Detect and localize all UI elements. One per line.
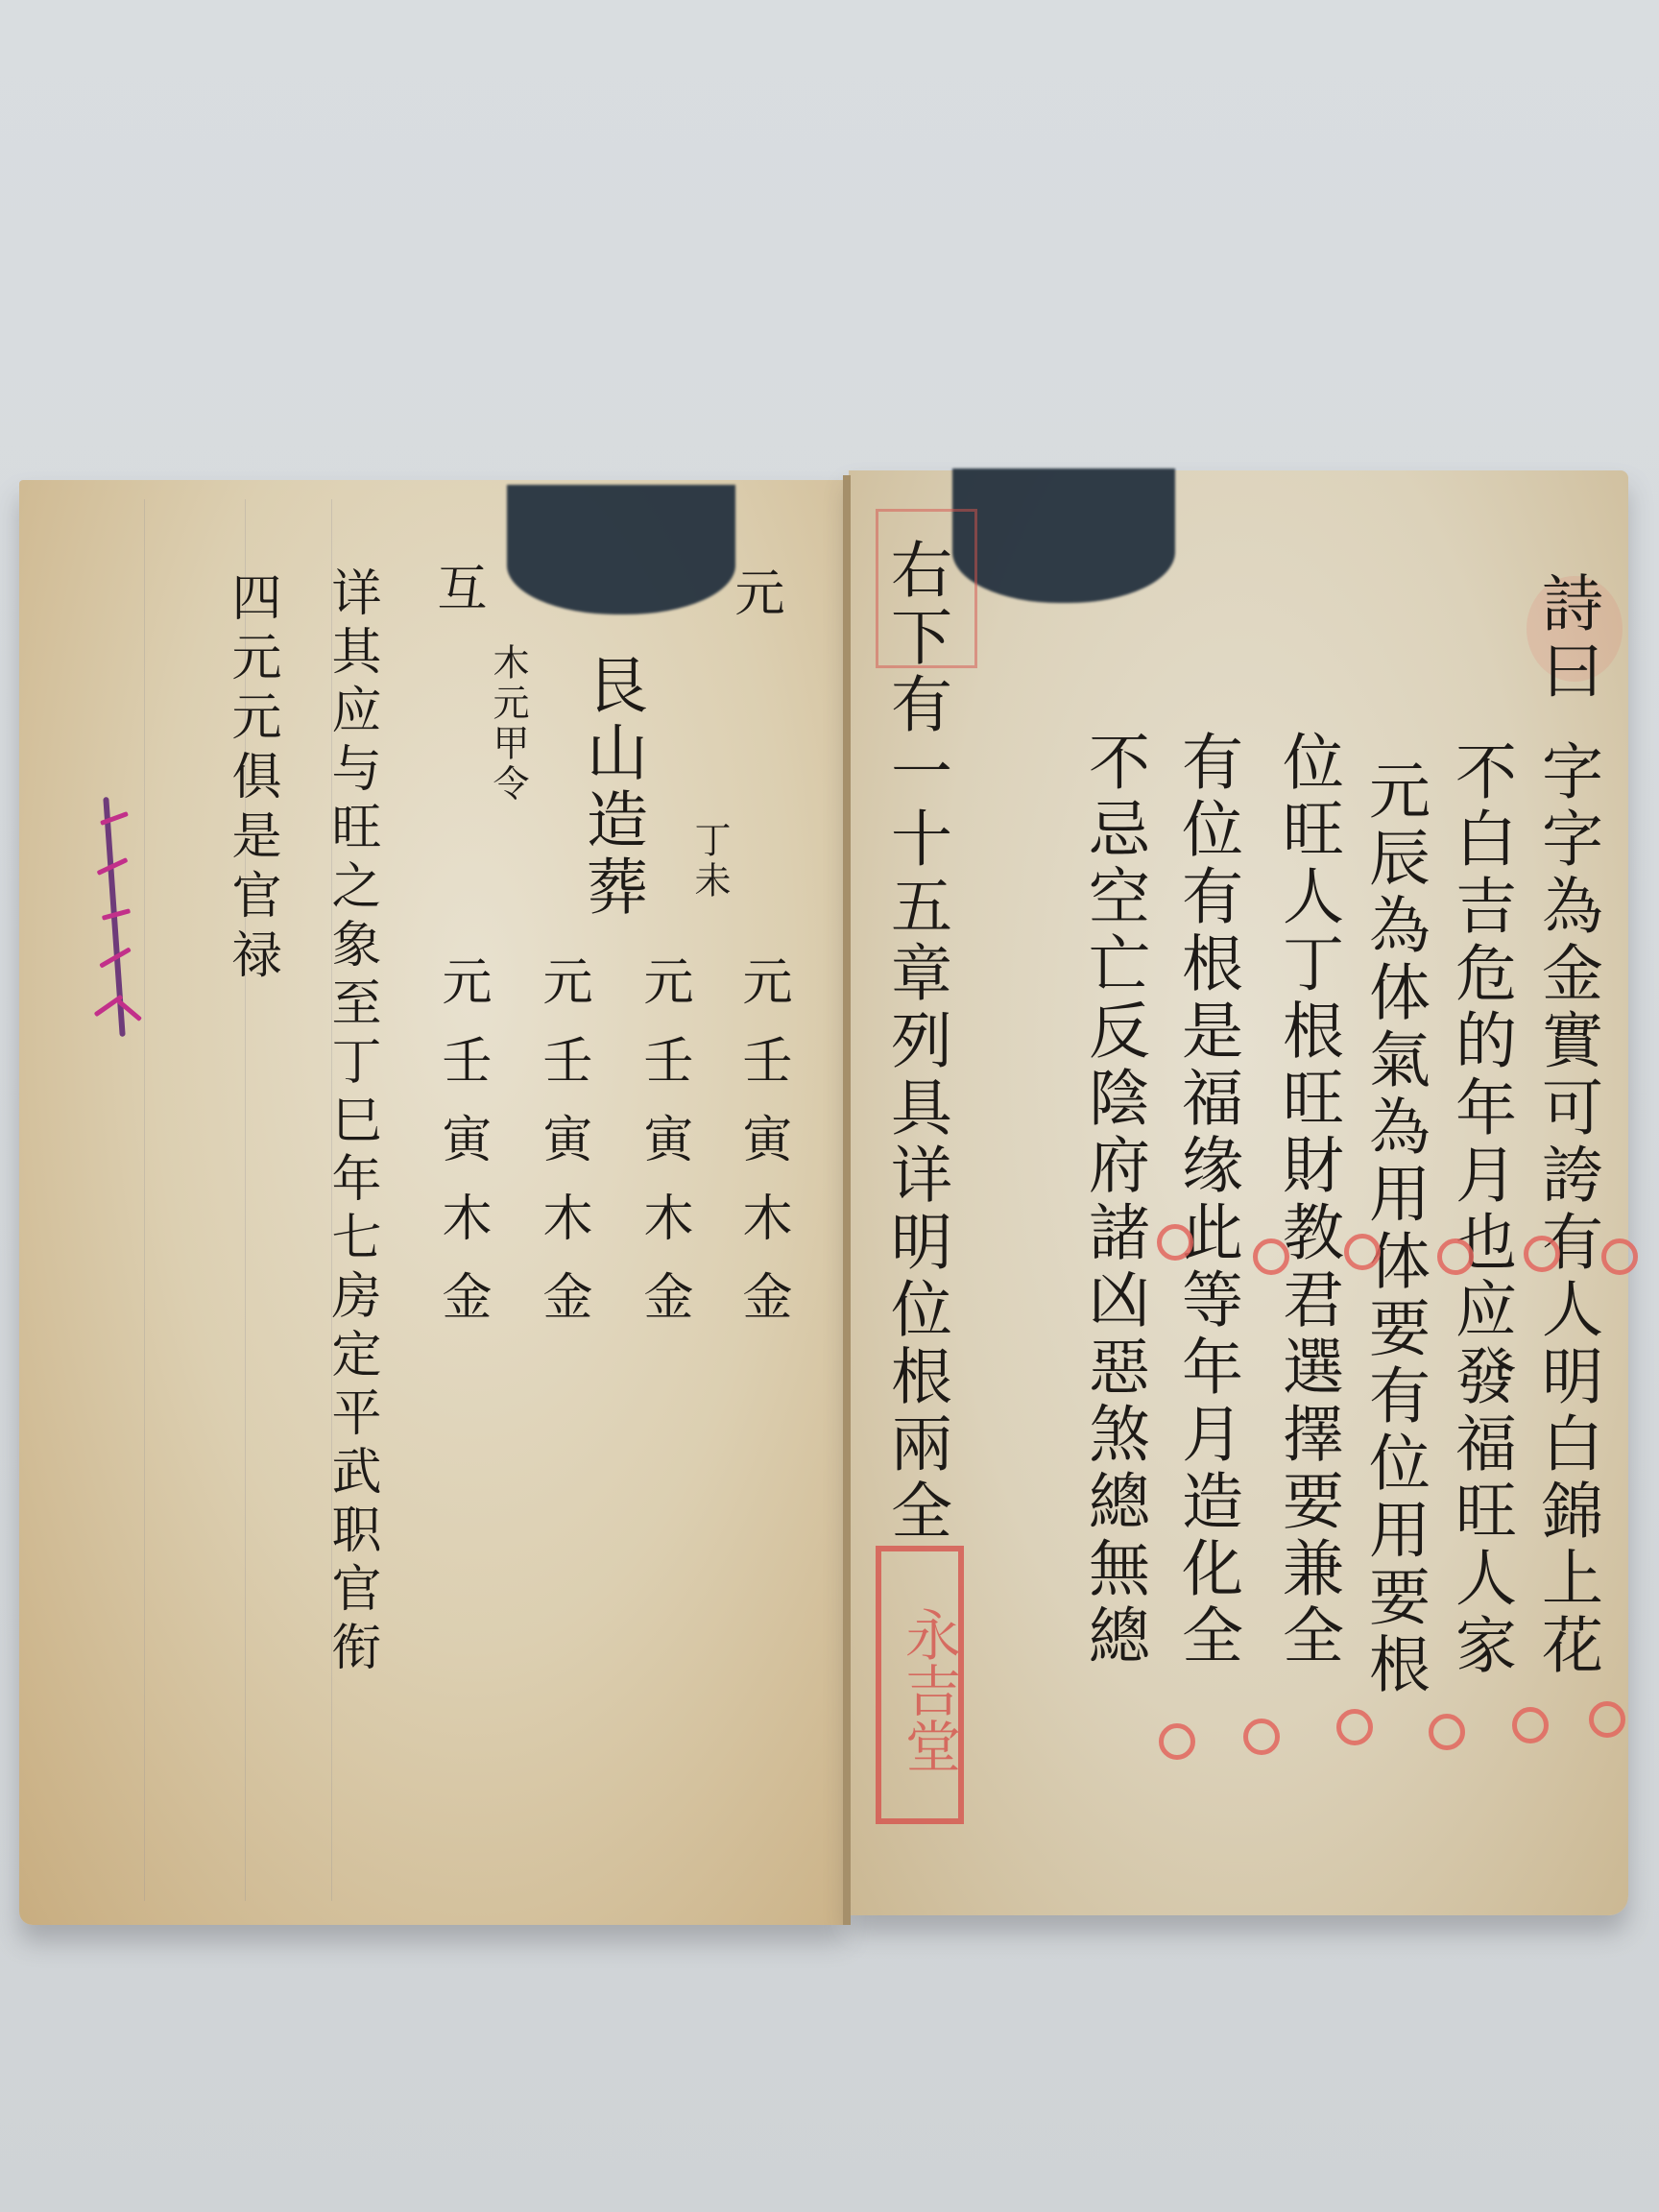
- cell: 寅: [433, 1113, 491, 1191]
- red-circle-mark: [1253, 1238, 1289, 1275]
- red-circle-mark: [1336, 1709, 1373, 1745]
- text-column-2: 四元元俱是官禄: [227, 571, 276, 988]
- cell: 木: [534, 1191, 591, 1270]
- poem-column-4: 位旺人丁根旺財教君選擇要兼全: [1277, 730, 1338, 1671]
- red-circle-mark: [1243, 1719, 1280, 1755]
- book-spine: [843, 475, 851, 1925]
- red-circle-mark: [1429, 1714, 1465, 1750]
- left-page: [19, 480, 845, 1925]
- cell: 壬: [635, 1034, 692, 1113]
- section-subtitle: 丁未: [691, 821, 728, 902]
- table-col-3: 元壬寅木金: [538, 955, 588, 1349]
- cell: 元: [635, 955, 692, 1034]
- cell: 木: [635, 1191, 692, 1270]
- red-circle-mark: [1437, 1238, 1474, 1275]
- cell: 寅: [635, 1113, 692, 1191]
- cell: 金: [635, 1270, 692, 1349]
- poem-column-6: 不忌空亡反陰府諸凶惡煞總無總: [1083, 730, 1144, 1671]
- cell: 元: [733, 955, 791, 1034]
- header-column: 元: [730, 566, 780, 620]
- cell: 壬: [733, 1034, 791, 1113]
- cell: 金: [733, 1270, 791, 1349]
- cell: 木: [433, 1191, 491, 1270]
- poem-column-5: 有位有根是福缘此等年月造化全: [1176, 730, 1238, 1671]
- label-hu: 互: [432, 562, 482, 615]
- ink-blot-left: [507, 485, 735, 614]
- cell: 壬: [534, 1034, 591, 1113]
- purple-signature-mark: [92, 797, 134, 1037]
- red-circle-mark: [1344, 1234, 1381, 1270]
- red-circle-mark: [1512, 1707, 1549, 1743]
- cell: 元: [433, 955, 491, 1034]
- text-column-1: 详其应与旺之象至丁巳年七房定平武职官衔: [326, 566, 376, 1679]
- poem-column-2: 不白吉危的年月也应發福旺人家: [1450, 739, 1511, 1680]
- side-note: 木元甲令: [490, 643, 526, 805]
- table-col-4: 元壬寅木金: [437, 955, 487, 1349]
- ink-blot-right: [952, 469, 1175, 603]
- table-col-2: 元壬寅木金: [638, 955, 688, 1349]
- cell: 元: [534, 955, 591, 1034]
- ruled-line: [144, 499, 145, 1901]
- red-circle-mark: [1601, 1238, 1638, 1275]
- red-circle-mark: [1159, 1723, 1195, 1760]
- red-circle-mark: [1524, 1236, 1560, 1272]
- seal-yongjitang: 永吉堂: [876, 1546, 964, 1824]
- cell: 金: [534, 1270, 591, 1349]
- poem-column-1: 字字為金實可誇有人明白錦上花: [1536, 739, 1598, 1680]
- red-circle-mark: [1157, 1224, 1193, 1261]
- cell: 寅: [534, 1113, 591, 1191]
- cell: 壬: [433, 1034, 491, 1113]
- cell: 金: [433, 1270, 491, 1349]
- table-col-1: 元壬寅木金: [737, 955, 787, 1349]
- note-column: 右下有一十五章列具详明位根兩全: [885, 538, 947, 1546]
- poem-heading: 詩曰: [1536, 571, 1598, 706]
- section-title: 艮山造葬: [581, 653, 642, 922]
- red-circle-mark: [1589, 1701, 1625, 1738]
- cell: 寅: [733, 1113, 791, 1191]
- poem-column-3: 元辰為体氣為用体要有位用要根: [1363, 758, 1425, 1699]
- cell: 木: [733, 1191, 791, 1270]
